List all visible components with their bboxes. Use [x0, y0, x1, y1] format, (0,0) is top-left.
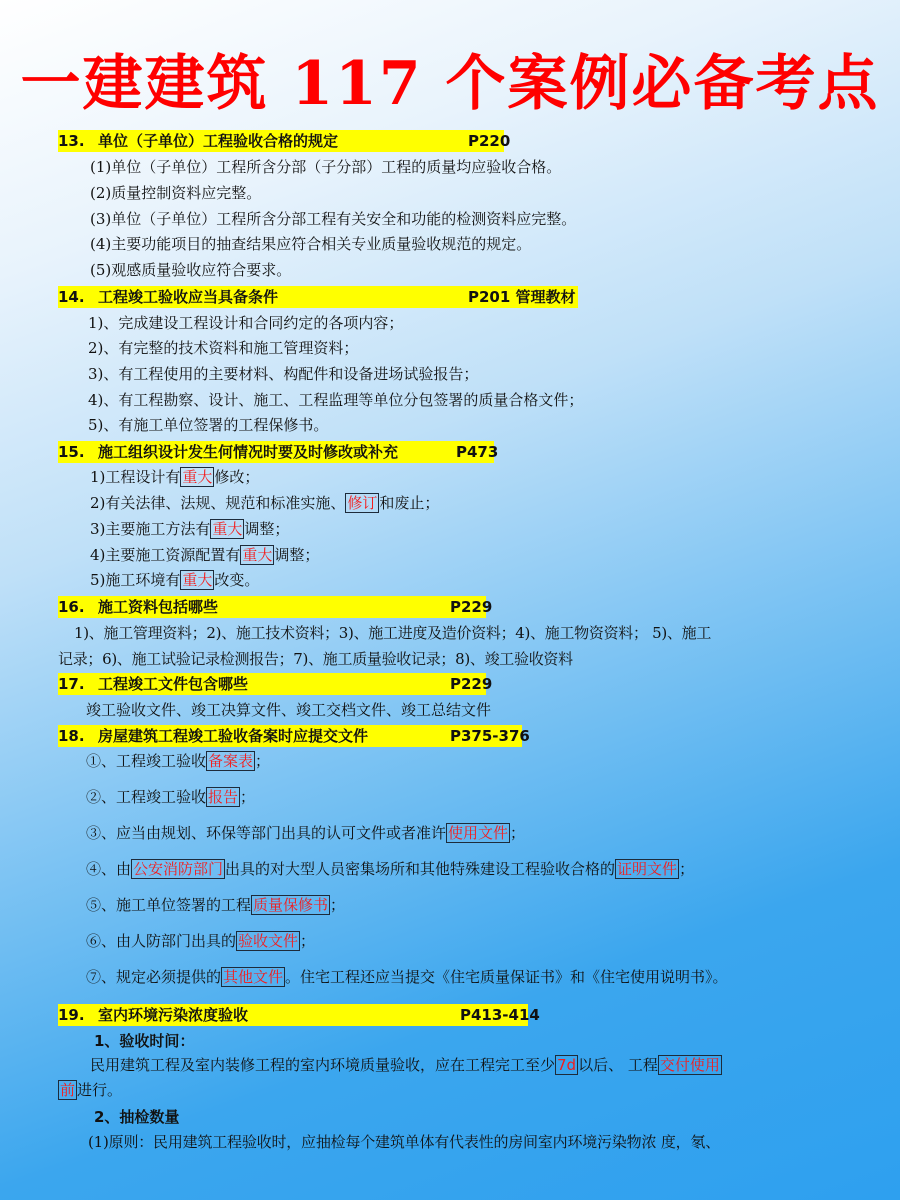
highlighted-term: 交付使用 — [658, 1055, 722, 1075]
item-text: 出具的对大型人员密集场所和其他特殊建设工程验收合格的 — [225, 860, 615, 878]
item-text: 1)工程设计有 — [90, 468, 180, 486]
section-16-header: 16.施工资料包括哪些 P229 — [58, 596, 486, 618]
item-text: 3)主要施工方法有 — [90, 520, 210, 538]
list-item: (5)观感质量验收应符合要求。 — [90, 259, 291, 281]
list-item: ①、工程竣工验收备案表； — [86, 750, 270, 772]
page-title: 一建建筑 117 个案例必备考点 — [0, 44, 900, 124]
page-ref: P220 — [468, 130, 510, 152]
item-text: ； — [510, 824, 525, 842]
list-item: (2)质量控制资料应完整。 — [90, 182, 261, 204]
section-number: 13. — [58, 130, 98, 152]
item-text: 。住宅工程还应当提交《住宅质量保证书》和《住宅使用说明书》。 — [285, 968, 728, 986]
page-ref: P229 — [450, 673, 492, 695]
section-heading: 工程竣工验收应当具备条件 — [98, 288, 278, 306]
paragraph-line: 竣工验收文件、竣工决算文件、竣工交档文件、竣工总结文件 — [86, 699, 491, 721]
list-item: ④、由公安消防部门出具的对大型人员密集场所和其他特殊建设工程验收合格的证明文件； — [86, 858, 694, 880]
section-heading: 施工组织设计发生何情况时要及时修改或补充 — [98, 443, 398, 461]
section-number: 17. — [58, 673, 98, 695]
highlighted-term: 公安消防部门 — [131, 859, 225, 879]
section-19-header: 19.室内环境污染浓度验收 P413-414 — [58, 1004, 528, 1026]
item-text: 和废止； — [379, 494, 439, 512]
list-item: (3)单位（子单位）工程所含分部工程有关安全和功能的检测资料应完整。 — [90, 208, 576, 230]
item-text: 民用建筑工程及室内装修工程的室内环境质量验收，应在工程完工至少 — [90, 1056, 555, 1074]
list-item: ⑤、施工单位签署的工程质量保修书； — [86, 894, 345, 916]
section-number: 19. — [58, 1004, 98, 1026]
list-item: (1)单位（子单位）工程所含分部（子分部）工程的质量均应验收合格。 — [90, 156, 561, 178]
highlighted-term: 重大 — [240, 545, 274, 565]
highlighted-term: 重大 — [210, 519, 244, 539]
item-text: ⑤、施工单位签署的工程 — [86, 896, 251, 914]
item-text: ； — [255, 752, 270, 770]
list-item: 4)、有工程勘察、设计、施工、工程监理等单位分包签署的质量合格文件； — [88, 389, 583, 411]
highlighted-term: 质量保修书 — [251, 895, 330, 915]
highlighted-term: 修订 — [345, 493, 379, 513]
section-15-header: 15.施工组织设计发生何情况时要及时修改或补充 P473 — [58, 441, 494, 463]
section-13-header: 13.单位（子单位）工程验收合格的规定 P220 — [58, 130, 396, 152]
section-number: 15. — [58, 441, 98, 463]
item-text: 调整； — [244, 520, 289, 538]
section-17-header: 17.工程竣工文件包含哪些 P229 — [58, 673, 486, 695]
page-ref: P473 — [456, 441, 498, 463]
section-number: 14. — [58, 286, 98, 308]
subheading: 2、抽检数量 — [94, 1106, 179, 1128]
item-text: ①、工程竣工验收 — [86, 752, 206, 770]
page-ref: P413-414 — [460, 1004, 540, 1026]
list-item: ⑥、由人防部门出具的验收文件； — [86, 930, 315, 952]
list-item: 3)、有工程使用的主要材料、构配件和设备进场试验报告； — [88, 363, 478, 385]
highlighted-term: 重大 — [180, 467, 214, 487]
item-text: 调整； — [274, 546, 319, 564]
item-text: ③、应当由规划、环保等部门出具的认可文件或者准许 — [86, 824, 446, 842]
item-text: 4)主要施工资源配置有 — [90, 546, 240, 564]
item-text: ； — [330, 896, 345, 914]
list-item: 3)主要施工方法有重大调整； — [90, 518, 289, 540]
section-heading: 施工资料包括哪些 — [98, 598, 218, 616]
item-text: ； — [679, 860, 694, 878]
item-text: ； — [300, 932, 315, 950]
section-heading: 房屋建筑工程竣工验收备案时应提交文件 — [98, 727, 368, 745]
page-ref: P229 — [450, 596, 492, 618]
paragraph-line: (1)原则：民用建筑工程验收时，应抽检每个建筑单体有代表性的房间室内环境污染物浓… — [88, 1131, 720, 1153]
list-item: 2)、有完整的技术资料和施工管理资料； — [88, 337, 358, 359]
highlighted-term: 证明文件 — [615, 859, 679, 879]
item-text: 以后、 工程 — [578, 1056, 658, 1074]
list-item: 4)主要施工资源配置有重大调整； — [90, 544, 319, 566]
item-text: ②、工程竣工验收 — [86, 788, 206, 806]
highlighted-term: 备案表 — [206, 751, 255, 771]
section-number: 18. — [58, 725, 98, 747]
item-text: 修改； — [214, 468, 259, 486]
highlighted-term: 其他文件 — [221, 967, 285, 987]
paragraph-line: 1)、施工管理资料；2)、施工技术资料；3)、施工进度及造价资料；4)、施工物资… — [74, 622, 711, 644]
subheading: 1、验收时间： — [94, 1030, 194, 1052]
highlighted-term: 验收文件 — [236, 931, 300, 951]
item-text: 进行。 — [77, 1081, 122, 1099]
item-text: ⑦、规定必须提供的 — [86, 968, 221, 986]
item-text: 改变。 — [214, 571, 259, 589]
list-item: (4)主要功能项目的抽查结果应符合相关专业质量验收规范的规定。 — [90, 233, 531, 255]
section-heading: 单位（子单位）工程验收合格的规定 — [98, 132, 338, 150]
highlighted-term: 前 — [58, 1080, 77, 1100]
section-14-header: 14.工程竣工验收应当具备条件 P201 管理教材 — [58, 286, 578, 308]
item-text: 5)施工环境有 — [90, 571, 180, 589]
section-heading: 室内环境污染浓度验收 — [98, 1006, 248, 1024]
list-item: 1)工程设计有重大修改； — [90, 466, 259, 488]
list-item: 5)、有施工单位签署的工程保修书。 — [88, 414, 328, 436]
list-item: ②、工程竣工验收报告； — [86, 786, 255, 808]
item-text: ； — [240, 788, 255, 806]
list-item: 2)有关法律、法规、规范和标准实施、修订和废止； — [90, 492, 439, 514]
highlighted-term: 重大 — [180, 570, 214, 590]
item-text: ④、由 — [86, 860, 131, 878]
list-item: ③、应当由规划、环保等部门出具的认可文件或者准许使用文件； — [86, 822, 525, 844]
paragraph-line: 前进行。 — [58, 1079, 122, 1101]
highlighted-term: 使用文件 — [446, 823, 510, 843]
item-text: ⑥、由人防部门出具的 — [86, 932, 236, 950]
page-ref: P375-376 — [450, 725, 530, 747]
section-heading: 工程竣工文件包含哪些 — [98, 675, 248, 693]
paragraph-line: 民用建筑工程及室内装修工程的室内环境质量验收，应在工程完工至少7d以后、 工程交… — [90, 1054, 722, 1076]
list-item: ⑦、规定必须提供的其他文件。住宅工程还应当提交《住宅质量保证书》和《住宅使用说明… — [86, 966, 728, 988]
page-ref: P201 管理教材 — [468, 286, 576, 308]
highlighted-term: 7d — [555, 1055, 578, 1075]
section-number: 16. — [58, 596, 98, 618]
highlighted-term: 报告 — [206, 787, 240, 807]
list-item: 1)、完成建设工程设计和合同约定的各项内容； — [88, 312, 403, 334]
list-item: 5)施工环境有重大改变。 — [90, 569, 259, 591]
paragraph-line: 记录；6)、施工试验记录检测报告；7)、施工质量验收记录；8)、竣工验收资料 — [58, 648, 573, 670]
item-text: 2)有关法律、法规、规范和标准实施、 — [90, 494, 345, 512]
section-18-header: 18.房屋建筑工程竣工验收备案时应提交文件 P375-376 — [58, 725, 522, 747]
